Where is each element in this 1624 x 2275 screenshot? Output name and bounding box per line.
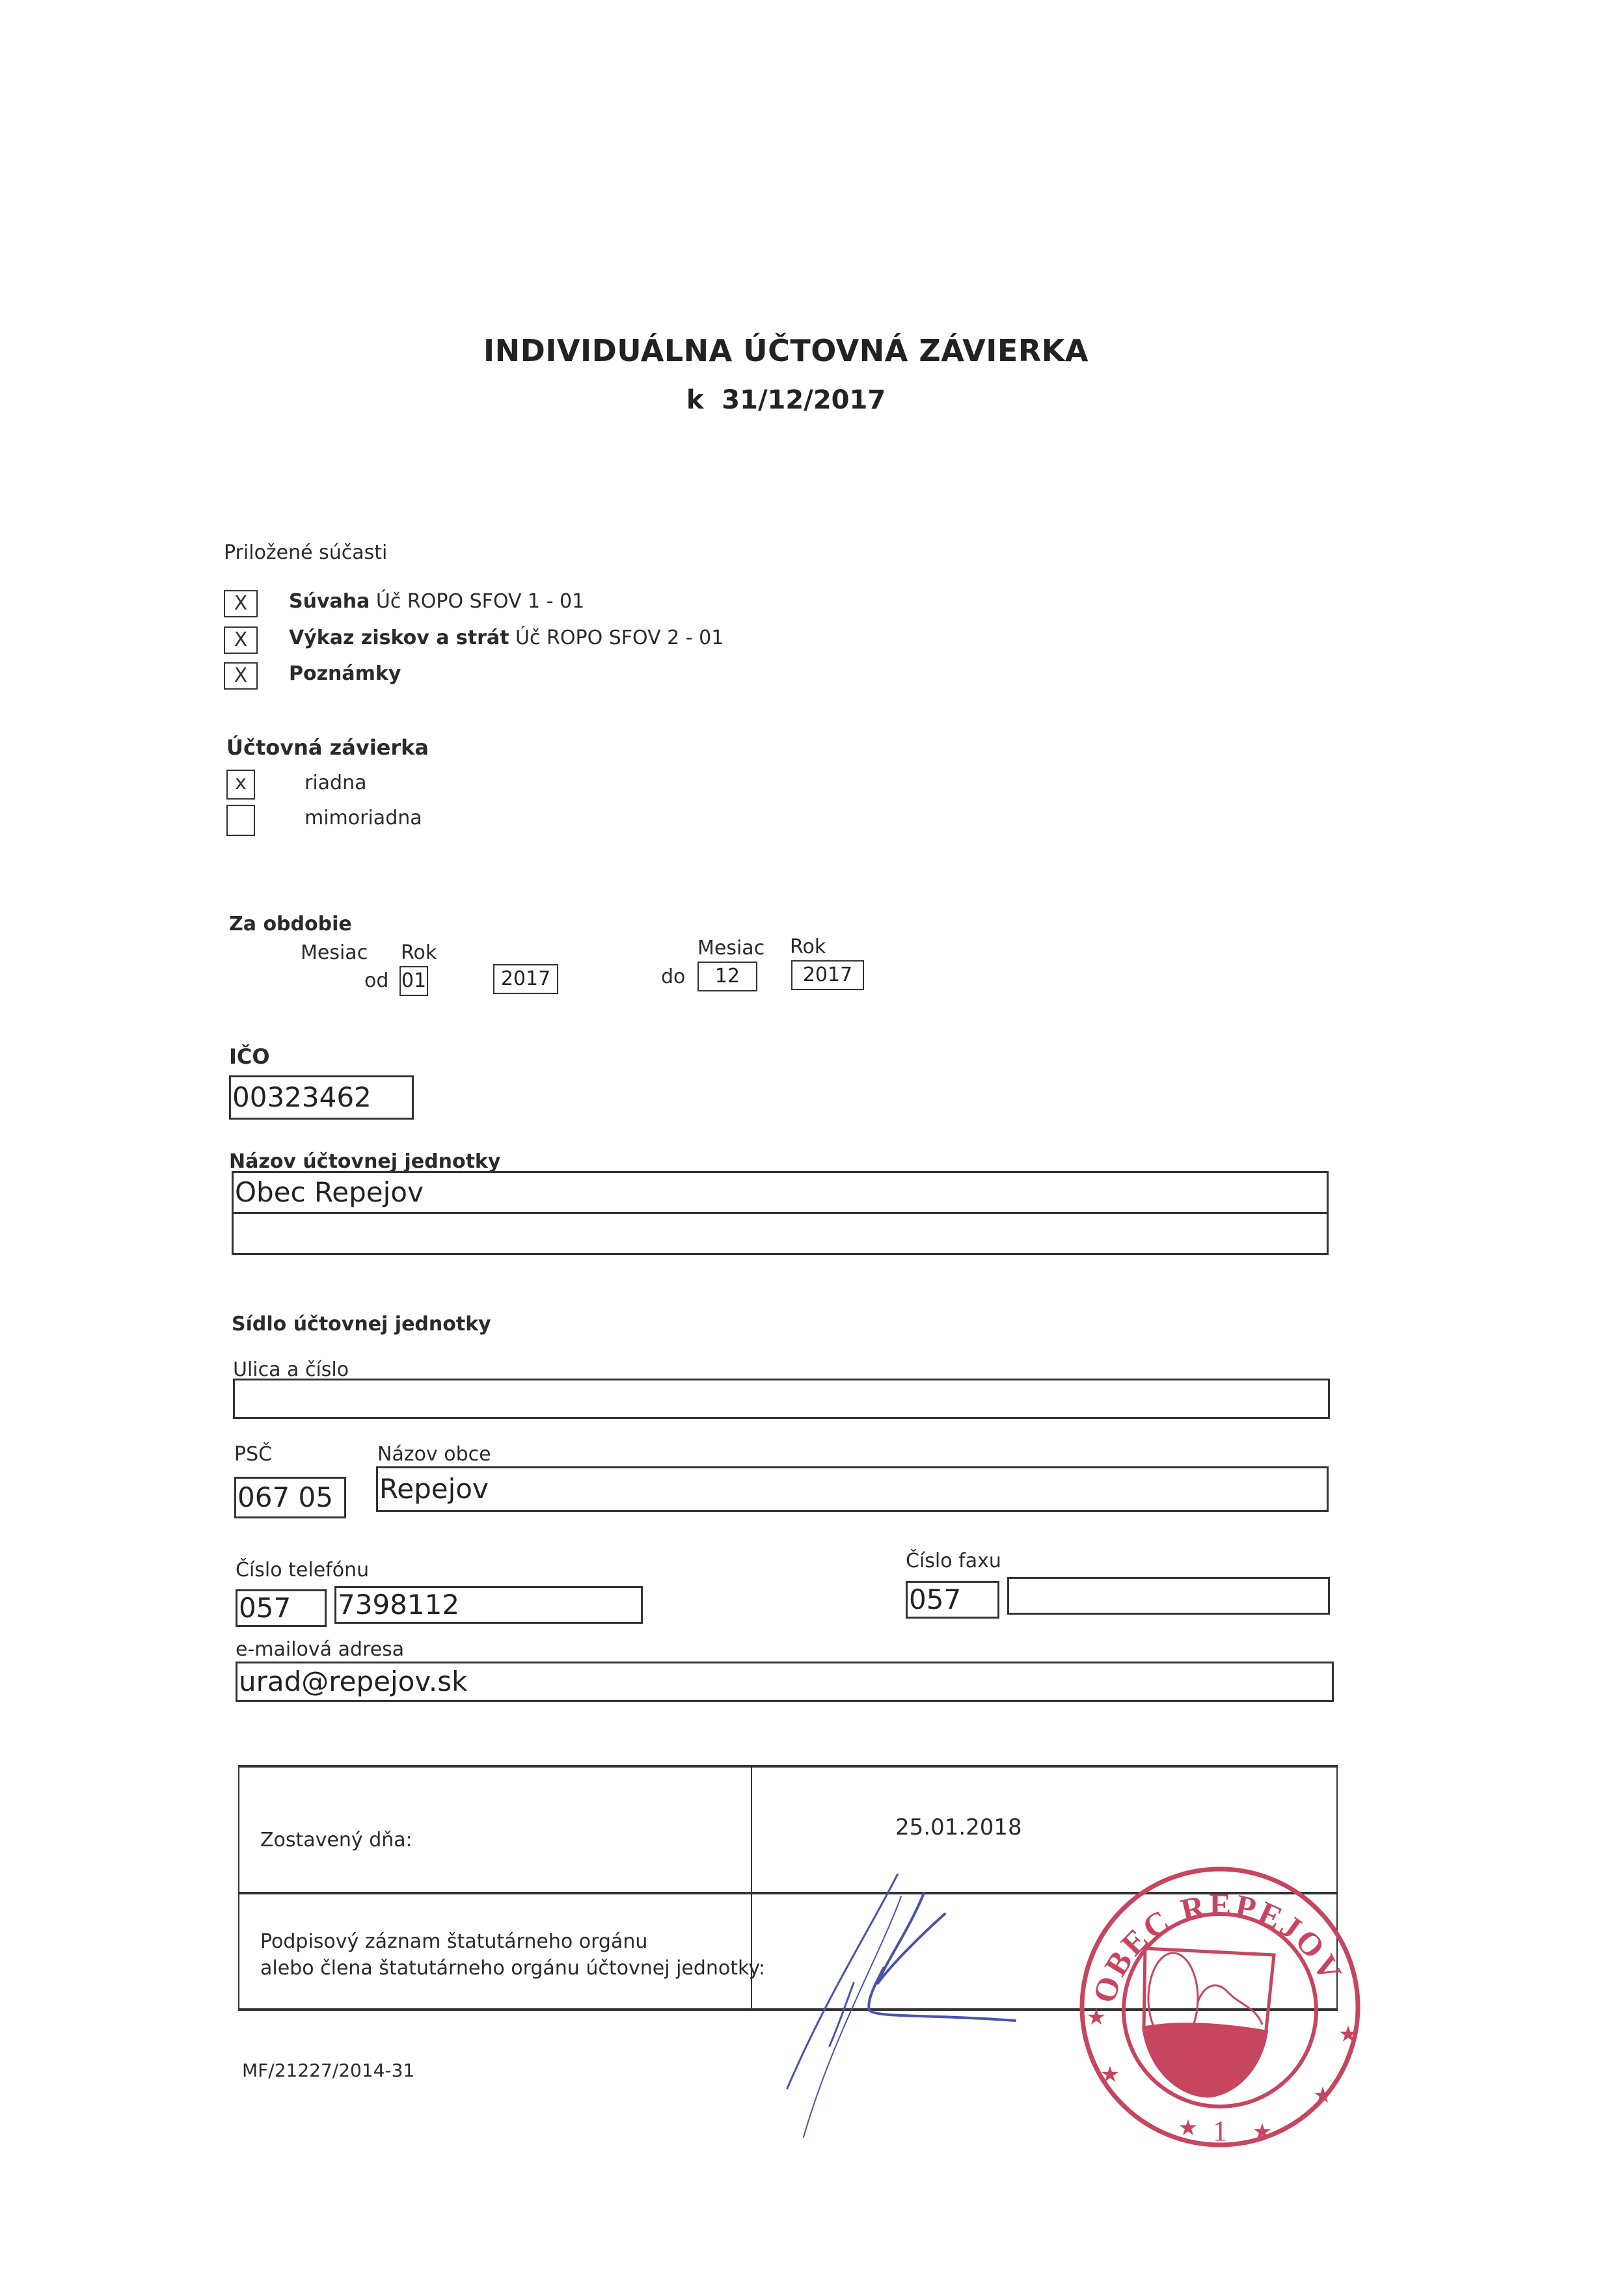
to-year-field[interactable]: 2017 (791, 960, 864, 990)
entity-name-label: Názov účtovnej jednotky (229, 1150, 500, 1173)
svg-text:★: ★ (1100, 2062, 1120, 2088)
component-name: Poznámky (289, 662, 401, 685)
phone-label: Číslo telefónu (236, 1559, 369, 1582)
checkbox-vykaz[interactable]: X (224, 626, 258, 654)
checkbox-riadna[interactable]: x (226, 770, 255, 800)
phone-number-field[interactable]: 7398112 (334, 1586, 643, 1624)
checkbox-poznamky[interactable]: X (224, 662, 258, 690)
signature-label-2: alebo člena štatutárneho orgánu účtovnej… (260, 1957, 765, 1980)
checkbox-mimoriadna[interactable] (226, 805, 255, 836)
svg-text:★: ★ (1178, 2115, 1198, 2141)
svg-text:★: ★ (1313, 2082, 1333, 2108)
entity-name-field-1[interactable]: Obec Repejov (232, 1171, 1329, 1214)
from-year-label: Rok (401, 941, 437, 964)
period-label: Za obdobie (229, 913, 352, 936)
compiled-date-value: 25.01.2018 (895, 1814, 1022, 1840)
street-field[interactable] (233, 1379, 1330, 1419)
from-month-field[interactable]: 01 (399, 966, 428, 996)
svg-text:★: ★ (1338, 2021, 1358, 2047)
to-year-label: Rok (790, 936, 826, 958)
street-label: Ulica a číslo (233, 1358, 349, 1381)
stamp-number: 1 (1213, 2115, 1227, 2147)
city-label: Názov obce (377, 1443, 491, 1466)
entity-name-field-2[interactable] (232, 1212, 1329, 1255)
phone-prefix-field[interactable]: 057 (236, 1589, 327, 1627)
address-label: Sídlo účtovnej jednotky (232, 1313, 491, 1336)
checkbox-suvaha[interactable]: X (224, 590, 258, 617)
document-date: k 31/12/2017 (0, 385, 1598, 415)
psc-label: PSČ (234, 1443, 272, 1466)
document-title: INDIVIDUÁLNA ÚČTOVNÁ ZÁVIERKA (0, 333, 1598, 368)
compiled-date-label: Zostavený dňa: (260, 1829, 413, 1851)
component-suvaha: Súvaha Úč ROPO SFOV 1 - 01 (289, 590, 584, 613)
handwritten-signature (768, 1874, 1041, 2147)
option-riadna-label: riadna (304, 772, 367, 794)
fax-number-field[interactable] (1007, 1577, 1330, 1615)
to-month-field[interactable]: 12 (697, 962, 757, 991)
from-month-label: Mesiac (301, 941, 368, 964)
from-label: od (364, 969, 388, 992)
signature-label-1: Podpisový záznam štatutárneho orgánu (260, 1930, 647, 1953)
component-name: Súvaha (289, 590, 370, 613)
option-mimoriadna-label: mimoriadna (304, 807, 422, 829)
from-year-field[interactable]: 2017 (493, 964, 558, 994)
component-vykaz: Výkaz ziskov a strát Úč ROPO SFOV 2 - 01 (289, 626, 724, 649)
city-field[interactable]: Repejov (376, 1466, 1329, 1512)
components-label: Priložené súčasti (224, 541, 387, 564)
to-label: do (661, 965, 685, 988)
component-code: Úč ROPO SFOV 1 - 01 (376, 590, 584, 613)
statement-type-label: Účtovná závierka (226, 735, 429, 760)
fax-prefix-field[interactable]: 057 (906, 1581, 999, 1619)
email-label: e-mailová adresa (236, 1638, 404, 1661)
svg-text:★: ★ (1252, 2119, 1272, 2145)
form-reference: MF/21227/2014-31 (242, 2060, 414, 2081)
ico-label: IČO (229, 1044, 270, 1069)
email-field[interactable]: urad@repejov.sk (236, 1662, 1334, 1702)
official-stamp: OBEC REPEJOV 1 ★ ★ ★ ★ ★ ★ (1067, 1854, 1373, 2160)
fax-label: Číslo faxu (906, 1550, 1001, 1572)
to-month-label: Mesiac (697, 937, 765, 960)
component-name: Výkaz ziskov a strát (289, 626, 509, 649)
svg-text:★: ★ (1087, 2004, 1106, 2030)
component-poznamky: Poznámky (289, 662, 401, 685)
ico-field[interactable]: 00323462 (229, 1075, 414, 1120)
psc-field[interactable]: 067 05 (234, 1477, 346, 1518)
component-code: Úč ROPO SFOV 2 - 01 (515, 626, 724, 649)
